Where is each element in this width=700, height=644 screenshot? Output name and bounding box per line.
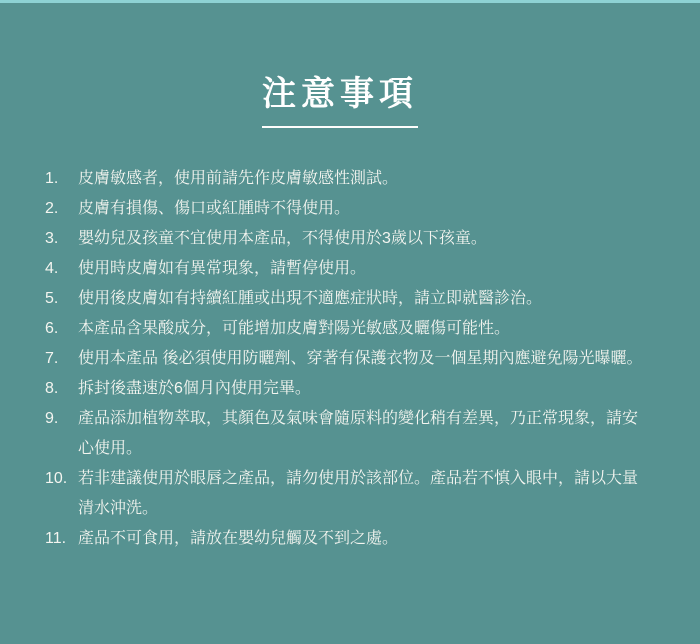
notice-item: 10. 若非建議使用於眼唇之產品，請勿使用於該部位。產品若不慎入眼中，請以大量清… <box>45 464 648 524</box>
notice-item: 8. 拆封後盡速於6個月內使用完畢。 <box>45 374 648 404</box>
notice-item: 4. 使用時皮膚如有異常現象，請暫停使用。 <box>45 254 648 284</box>
notice-item: 6. 本產品含果酸成分，可能增加皮膚對陽光敏感及曬傷可能性。 <box>45 314 648 344</box>
notice-number: 4. <box>45 254 78 284</box>
notice-item: 1. 皮膚敏感者，使用前請先作皮膚敏感性測試。 <box>45 164 648 194</box>
page-title: 注意事項 <box>0 75 680 113</box>
notice-text: 嬰幼兒及孩童不宜使用本產品，不得使用於3歲以下孩童。 <box>78 224 648 254</box>
notice-page: 注意事項 1. 皮膚敏感者，使用前請先作皮膚敏感性測試。 2. 皮膚有損傷、傷口… <box>0 0 700 644</box>
notice-number: 8. <box>45 374 78 404</box>
notice-number: 6. <box>45 314 78 344</box>
notice-number: 2. <box>45 194 78 224</box>
header: 注意事項 <box>0 3 700 128</box>
notice-text: 使用後皮膚如有持續紅腫或出現不適應症狀時，請立即就醫診治。 <box>78 284 648 314</box>
notice-number: 1. <box>45 164 78 194</box>
notice-number: 5. <box>45 284 78 314</box>
notice-item: 2. 皮膚有損傷、傷口或紅腫時不得使用。 <box>45 194 648 224</box>
notice-item: 7. 使用本產品 後必須使用防曬劑、穿著有保護衣物及一個星期內應避免陽光曝曬。 <box>45 344 648 374</box>
notice-item: 3. 嬰幼兒及孩童不宜使用本產品，不得使用於3歲以下孩童。 <box>45 224 648 254</box>
notice-text: 皮膚有損傷、傷口或紅腫時不得使用。 <box>78 194 648 224</box>
notice-item: 9. 產品添加植物萃取，其顏色及氣味會隨原料的變化稍有差異，乃正常現象，請安心使… <box>45 404 648 464</box>
notice-number: 10. <box>45 464 78 494</box>
notice-text: 若非建議使用於眼唇之產品，請勿使用於該部位。產品若不慎入眼中，請以大量清水沖洗。 <box>78 464 648 524</box>
notice-text: 產品不可食用，請放在嬰幼兒觸及不到之處。 <box>78 524 648 554</box>
notice-text: 拆封後盡速於6個月內使用完畢。 <box>78 374 648 404</box>
notice-number: 3. <box>45 224 78 254</box>
notice-item: 11. 產品不可食用，請放在嬰幼兒觸及不到之處。 <box>45 524 648 554</box>
title-underline <box>262 126 418 128</box>
notice-text: 使用本產品 後必須使用防曬劑、穿著有保護衣物及一個星期內應避免陽光曝曬。 <box>78 344 648 374</box>
notice-item: 5. 使用後皮膚如有持續紅腫或出現不適應症狀時，請立即就醫診治。 <box>45 284 648 314</box>
notice-number: 11. <box>45 524 78 554</box>
notice-number: 9. <box>45 404 78 434</box>
notice-number: 7. <box>45 344 78 374</box>
notice-text: 產品添加植物萃取，其顏色及氣味會隨原料的變化稍有差異，乃正常現象，請安心使用。 <box>78 404 648 464</box>
notice-text: 皮膚敏感者，使用前請先作皮膚敏感性測試。 <box>78 164 648 194</box>
notice-text: 使用時皮膚如有異常現象，請暫停使用。 <box>78 254 648 284</box>
notice-list: 1. 皮膚敏感者，使用前請先作皮膚敏感性測試。 2. 皮膚有損傷、傷口或紅腫時不… <box>45 164 648 554</box>
notice-text: 本產品含果酸成分，可能增加皮膚對陽光敏感及曬傷可能性。 <box>78 314 648 344</box>
